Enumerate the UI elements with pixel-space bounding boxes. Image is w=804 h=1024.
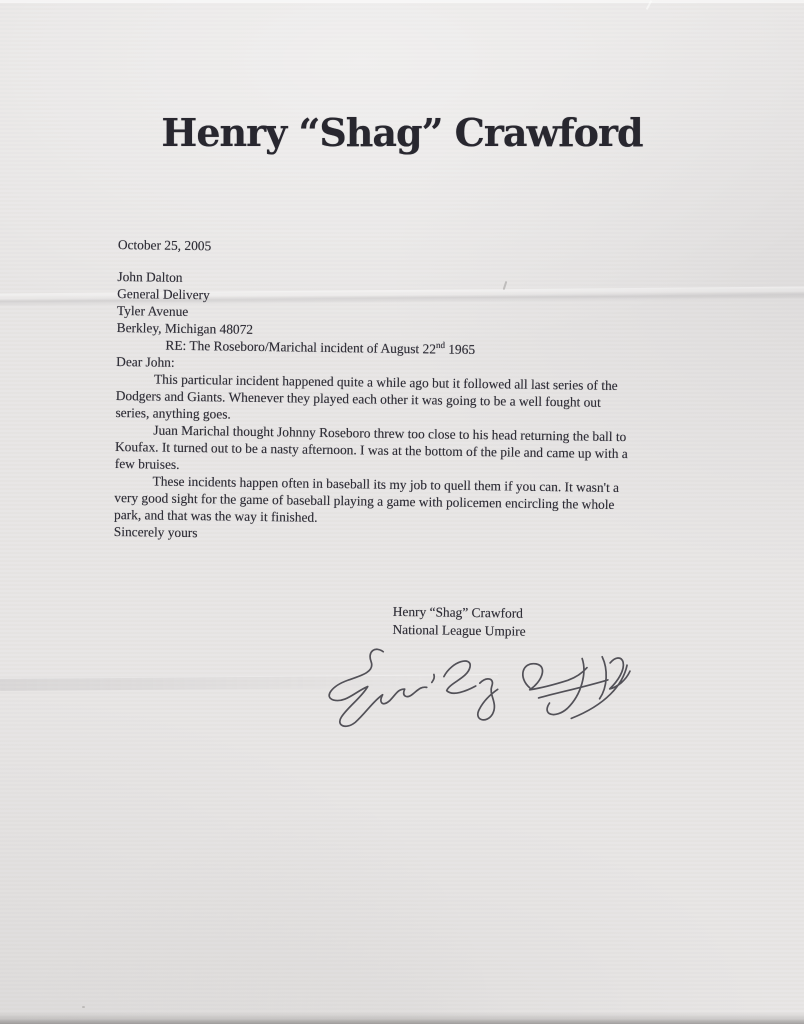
paper-speck: [82, 1006, 85, 1008]
recipient-address: John Dalton General Delivery Tyler Avenu…: [117, 268, 728, 345]
signature-stroke: [432, 674, 435, 682]
signature-stroke: [522, 656, 630, 719]
letter-body: October 25, 2005 John Dalton General Del…: [112, 236, 728, 643]
signature-block: Henry “Shag” Crawford National League Um…: [392, 603, 722, 644]
scan-edge-highlight-top: [0, 0, 804, 3]
body-paragraph-1: This particular incident happened quite …: [115, 370, 726, 430]
sender-title: National League Umpire: [392, 621, 722, 644]
scan-edge-shadow-bottom: [0, 1012, 804, 1024]
handwritten-signature: [318, 645, 641, 741]
signature-stroke: [329, 649, 427, 728]
subject-year: 1965: [445, 342, 475, 357]
signature-stroke: [443, 661, 498, 720]
body-paragraph-2: Juan Marichal thought Johnny Roseboro th…: [115, 421, 726, 481]
letterhead-name: Henry “Shag” Crawford: [0, 110, 804, 155]
body-paragraph-3: These incidents happen often in baseball…: [114, 472, 725, 532]
date-line: October 25, 2005: [118, 236, 728, 262]
letter-page: Henry “Shag” Crawford October 25, 2005 J…: [0, 0, 804, 1024]
subject-ordinal-superscript: nd: [436, 340, 445, 350]
subject-text: RE: The Roseboro/Marichal incident of Au…: [165, 338, 436, 357]
